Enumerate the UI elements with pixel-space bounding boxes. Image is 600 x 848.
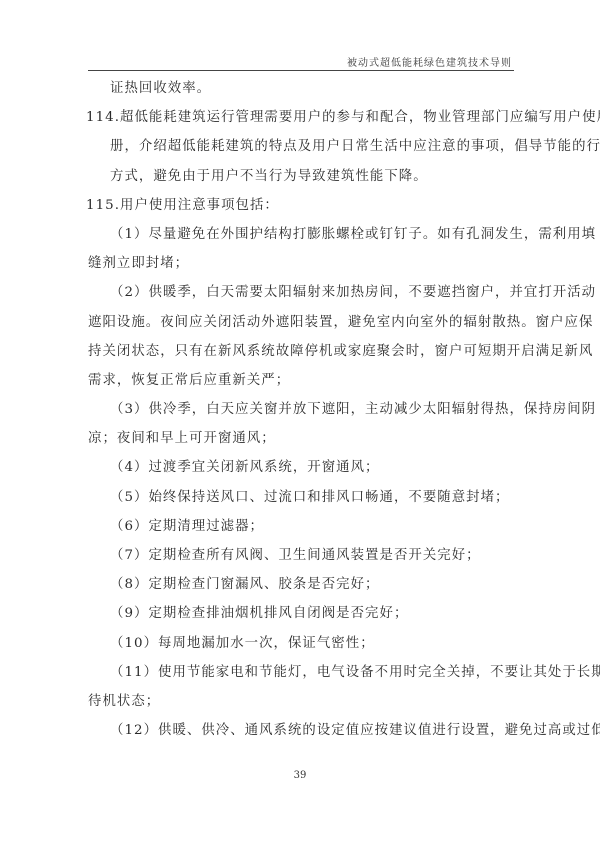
clause-114-line-3: 方式，避免由于用户不当行为导致建筑性能下降。 <box>88 162 520 191</box>
list-item-11: （11）使用节能家电和节能灯，电气设备不用时完全关掉，不要让其处于长期 待机状态… <box>88 658 520 716</box>
clause-114: 114.超低能耗建筑运行管理需要用户的参与和配合，物业管理部门应编写用户使用手 … <box>88 103 520 191</box>
clause-114-line-2: 册，介绍超低能耗建筑的特点及用户日常生活中应注意的事项，倡导节能的行为 <box>88 132 520 161</box>
list-item-line: 缝剂立即封堵； <box>88 249 520 278</box>
clause-115-heading: 115.用户使用注意事项包括： <box>86 191 520 220</box>
list-item-line: 待机状态； <box>88 687 520 716</box>
clause-114-line-1: 114.超低能耗建筑运行管理需要用户的参与和配合，物业管理部门应编写用户使用手 <box>86 103 520 132</box>
list-item-9: （9）定期检查排油烟机排风自闭阀是否完好； <box>88 599 520 628</box>
list-item-6: （6）定期清理过滤器； <box>88 512 520 541</box>
list-item-3: （3）供冷季，白天应关窗并放下遮阳，主动减少太阳辐射得热，保持房间阴 凉；夜间和… <box>88 395 520 453</box>
list-item-line: 凉；夜间和早上可开窗通风； <box>88 424 520 453</box>
list-item-line: 持关闭状态，只有在新风系统故障停机或家庭聚会时，窗户可短期开启满足新风 <box>88 337 520 366</box>
list-item-4: （4）过渡季宜关闭新风系统，开窗通风； <box>88 453 520 482</box>
list-item-7: （7）定期检查所有风阀、卫生间通风装置是否开关完好； <box>88 541 520 570</box>
list-item-line: （3）供冷季，白天应关窗并放下遮阳，主动减少太阳辐射得热，保持房间阴 <box>88 395 520 424</box>
list-item-8: （8）定期检查门窗漏风、胶条是否完好； <box>88 570 520 599</box>
list-item-1: （1）尽量避免在外围护结构打膨胀螺栓或钉钉子。如有孔洞发生，需利用填 缝剂立即封… <box>88 220 520 278</box>
clause-115: 115.用户使用注意事项包括： （1）尽量避免在外围护结构打膨胀螺栓或钉钉子。如… <box>88 191 520 746</box>
document-body: 证热回收效率。 114.超低能耗建筑运行管理需要用户的参与和配合，物业管理部门应… <box>88 74 520 745</box>
header-title: 被动式超低能耗绿色建筑技术导则 <box>347 54 512 69</box>
list-item-2: （2）供暖季，白天需要太阳辐射来加热房间，不要遮挡窗户，并宜打开活动 遮阳设施。… <box>88 278 520 395</box>
list-item-line: （2）供暖季，白天需要太阳辐射来加热房间，不要遮挡窗户，并宜打开活动 <box>88 278 520 307</box>
running-header: 被动式超低能耗绿色建筑技术导则 <box>88 52 514 71</box>
list-item-line: （11）使用节能家电和节能灯，电气设备不用时完全关掉，不要让其处于长期 <box>88 658 520 687</box>
list-item-line: 需求，恢复正常后应重新关严； <box>88 366 520 395</box>
list-item-line: 遮阳设施。夜间应关闭活动外遮阳装置，避免室内向室外的辐射散热。窗户应保 <box>88 308 520 337</box>
list-item-line: （1）尽量避免在外围护结构打膨胀螺栓或钉钉子。如有孔洞发生，需利用填 <box>88 220 520 249</box>
list-item-10: （10）每周地漏加水一次，保证气密性； <box>88 629 520 658</box>
continuation-line: 证热回收效率。 <box>88 74 520 103</box>
list-item-12: （12）供暖、供冷、通风系统的设定值应按建议值进行设置，避免过高或过低。 <box>88 716 520 745</box>
page-number: 39 <box>0 770 600 781</box>
list-item-5: （5）始终保持送风口、过流口和排风口畅通，不要随意封堵； <box>88 483 520 512</box>
